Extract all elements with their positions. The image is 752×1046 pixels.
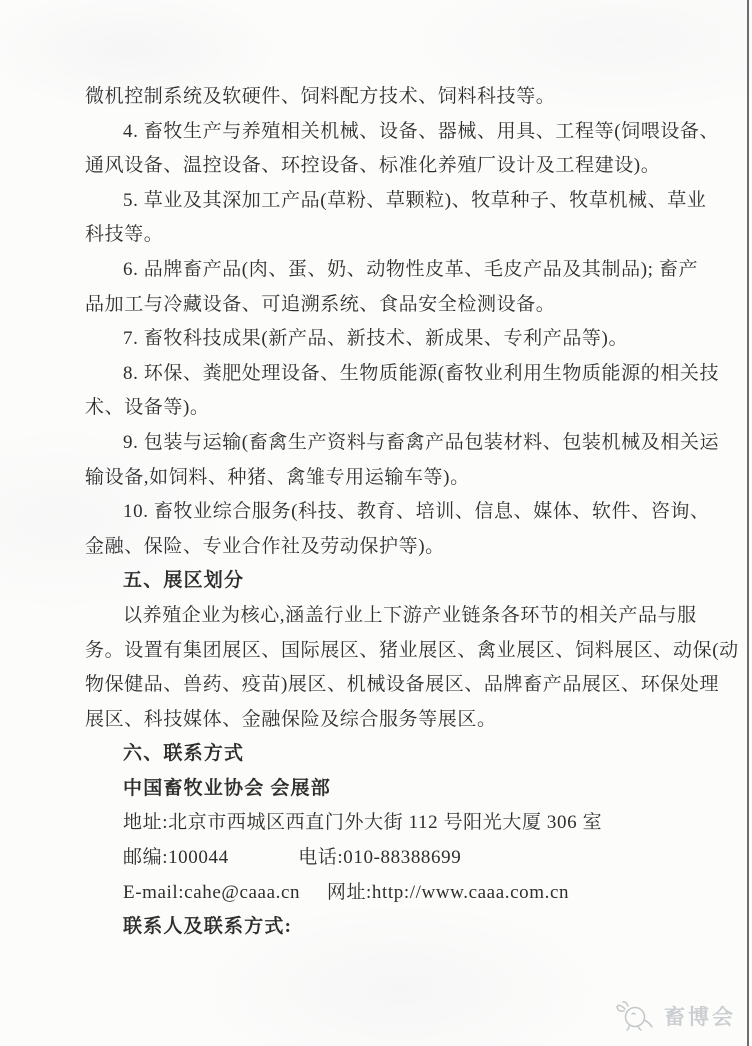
mascot-sketch-icon — [615, 999, 657, 1033]
watermark-label: 畜博会 — [664, 1001, 736, 1031]
text-line: 5. 草业及其深加工产品(草粉、草颗粒)、牧草种子、牧草机械、草业 — [85, 184, 681, 219]
text-line: 4. 畜牧生产与养殖相关机械、设备、器械、用具、工程等(饲喂设备、 — [85, 115, 681, 150]
text-line: 微机控制系统及软硬件、饲料配方技术、饲料科技等。 — [85, 80, 681, 115]
text-line: 邮编:100044 电话:010-88388699 — [85, 841, 681, 876]
text-line: 科技等。 — [85, 218, 681, 253]
watermark: 畜博会 — [615, 999, 736, 1033]
text-line: 六、联系方式 — [85, 737, 681, 772]
text-line: 中国畜牧业协会 会展部 — [85, 772, 681, 807]
text-line: 以养殖企业为核心,涵盖行业上下游产业链条各环节的相关产品与服 — [85, 599, 681, 634]
scan-edge-line — [747, 0, 749, 1046]
text-line: 物保健品、兽药、疫苗)展区、机械设备展区、品牌畜产品展区、环保处理 — [85, 668, 681, 703]
text-line: 9. 包装与运输(畜禽生产资料与畜禽产品包装材料、包装机械及相关运 — [85, 426, 681, 461]
text-line: E-mail:cahe@caaa.cn 网址:http://www.caaa.c… — [85, 876, 681, 911]
text-line: 10. 畜牧业综合服务(科技、教育、培训、信息、媒体、软件、咨询、 — [85, 495, 681, 530]
document-body: 微机控制系统及软硬件、饲料配方技术、饲料科技等。4. 畜牧生产与养殖相关机械、设… — [85, 80, 681, 945]
text-line: 6. 品牌畜产品(肉、蛋、奶、动物性皮革、毛皮产品及其制品); 畜产 — [85, 253, 681, 288]
text-line: 7. 畜牧科技成果(新产品、新技术、新成果、专利产品等)。 — [85, 322, 681, 357]
text-line: 务。设置有集团展区、国际展区、猪业展区、禽业展区、饲料展区、动保(动 — [85, 634, 681, 669]
text-line: 品加工与冷藏设备、可追溯系统、食品安全检测设备。 — [85, 288, 681, 323]
document-page: 微机控制系统及软硬件、饲料配方技术、饲料科技等。4. 畜牧生产与养殖相关机械、设… — [0, 0, 752, 1046]
text-line: 展区、科技媒体、金融保险及综合服务等展区。 — [85, 703, 681, 738]
text-line: 8. 环保、粪肥处理设备、生物质能源(畜牧业利用生物质能源的相关技 — [85, 357, 681, 392]
text-line: 通风设备、温控设备、环控设备、标准化养殖厂设计及工程建设)。 — [85, 149, 681, 184]
text-line: 术、设备等)。 — [85, 391, 681, 426]
text-line: 输设备,如饲料、种猪、禽雏专用运输车等)。 — [85, 461, 681, 496]
text-line: 五、展区划分 — [85, 564, 681, 599]
text-line: 地址:北京市西城区西直门外大街 112 号阳光大厦 306 室 — [85, 806, 681, 841]
text-line: 联系人及联系方式: — [85, 910, 681, 945]
text-line: 金融、保险、专业合作社及劳动保护等)。 — [85, 530, 681, 565]
